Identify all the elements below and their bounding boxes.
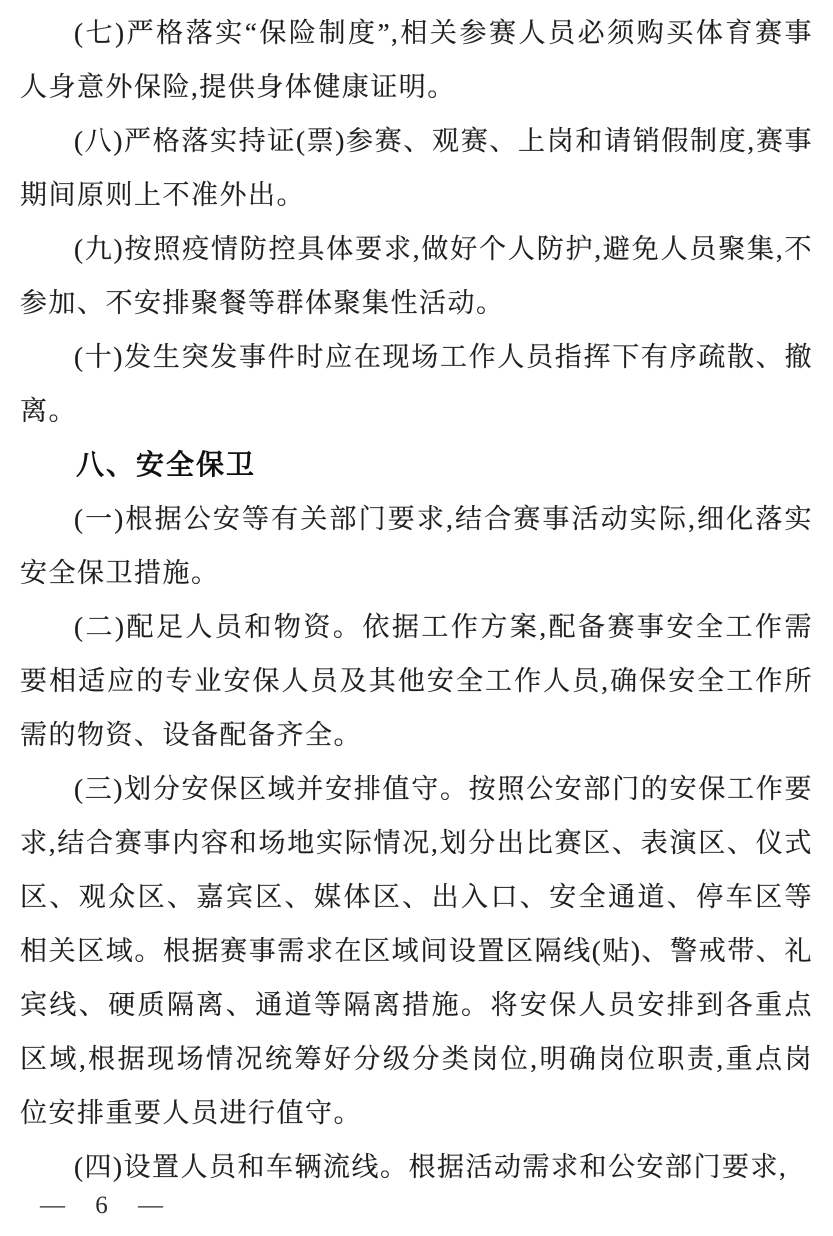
clause-8-paragraph: (八)严格落实持证(票)参赛、观赛、上岗和请销假制度,赛事期间原则上不准外出。 [20,114,813,222]
clause-7-paragraph: (七)严格落实“保险制度”,相关参赛人员必须购买体育赛事人身意外保险,提供身体健… [20,6,813,114]
clause-1-paragraph: (一)根据公安等有关部门要求,结合赛事活动实际,细化落实安全保卫措施。 [20,492,813,600]
page-number: — 6 — [40,1192,175,1220]
clause-9-paragraph: (九)按照疫情防控具体要求,做好个人防护,避免人员聚集,不参加、不安排聚餐等群体… [20,222,813,330]
clause-10-paragraph: (十)发生突发事件时应在现场工作人员指挥下有序疏散、撤离。 [20,330,813,438]
clause-4-paragraph: (四)设置人员和车辆流线。根据活动需求和公安部门要求, [20,1140,813,1194]
document-page: (七)严格落实“保险制度”,相关参赛人员必须购买体育赛事人身意外保险,提供身体健… [0,0,833,1236]
document-body: (七)严格落实“保险制度”,相关参赛人员必须购买体育赛事人身意外保险,提供身体健… [20,6,813,1194]
clause-2-paragraph: (二)配足人员和物资。依据工作方案,配备赛事安全工作需要相适应的专业安保人员及其… [20,600,813,762]
section-heading-security: 八、安全保卫 [20,438,813,492]
clause-3-paragraph: (三)划分安保区域并安排值守。按照公安部门的安保工作要求,结合赛事内容和场地实际… [20,762,813,1140]
